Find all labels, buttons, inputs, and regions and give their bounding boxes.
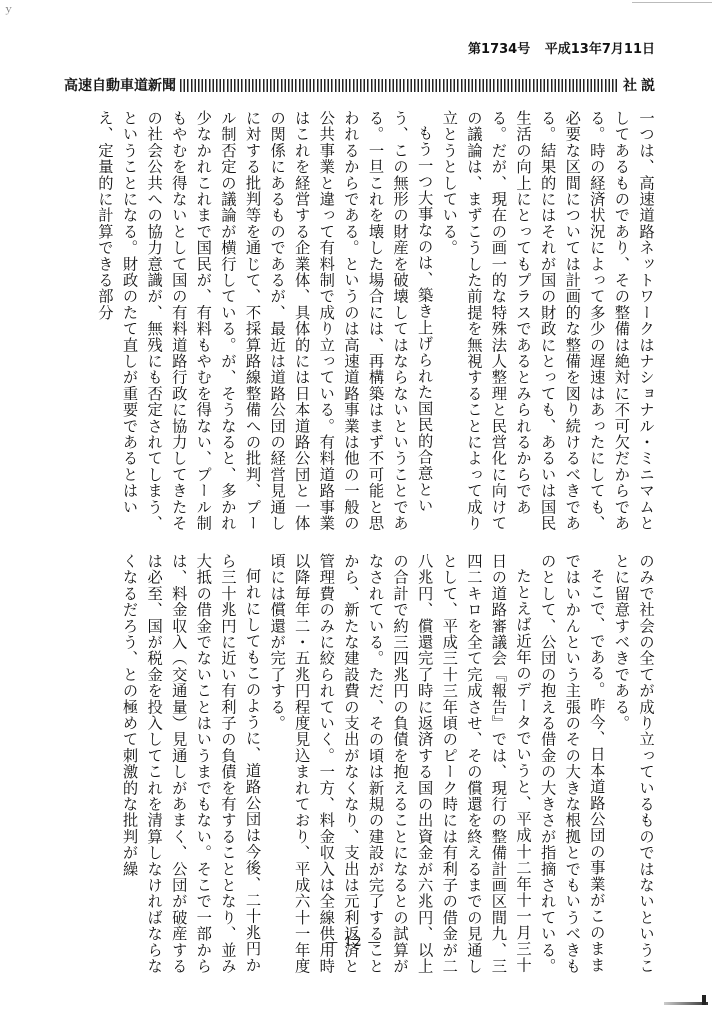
section-label: 社説 <box>623 75 659 95</box>
masthead: 高速自動車道新聞 社説 <box>64 74 659 96</box>
article-bottom-block: のみで社会の全てが成り立っているものではないということに留意すべきである。 そこ… <box>58 553 658 978</box>
paragraph: そこで、である。昨今、日本道路公団の事業がこのままではいかんという主張のその大き… <box>535 553 609 978</box>
paragraph: 何れにしてもこのように、道路公団は今後、二十兆円から三十兆円に近い有利子の負債を… <box>117 553 265 978</box>
paper-name: 高速自動車道新聞 <box>64 75 176 95</box>
masthead-rule <box>180 79 619 92</box>
paragraph: のみで社会の全てが成り立っているものではないということに留意すべきである。 <box>609 553 658 978</box>
issue-info: 第1734号 平成13年7月11日 <box>458 38 655 57</box>
paragraph: 一つは、高速道路ネットワークはナショナル・ミニマムとしてあるものであり、その整備… <box>437 110 658 535</box>
article-top-block: 一つは、高速道路ネットワークはナショナル・ミニマムとしてあるものであり、その整備… <box>58 110 658 535</box>
paragraph: もう一つ大事なのは、築き上げられた国民的合意という、この無形の財産を破壊してはな… <box>92 110 436 535</box>
page-number: — 12 — <box>325 935 382 950</box>
scan-artifact <box>632 2 712 3</box>
scan-artifact <box>664 1002 708 1005</box>
corner-mark: ｙ <box>4 2 13 15</box>
paragraph: たとえば近年のデータでいうと、平成十二年十一月三十日の道路審議会『報告』では、現… <box>265 553 536 978</box>
issue-date: 平成13年7月11日 <box>545 42 655 57</box>
issue-number: 第1734号 <box>468 42 530 57</box>
